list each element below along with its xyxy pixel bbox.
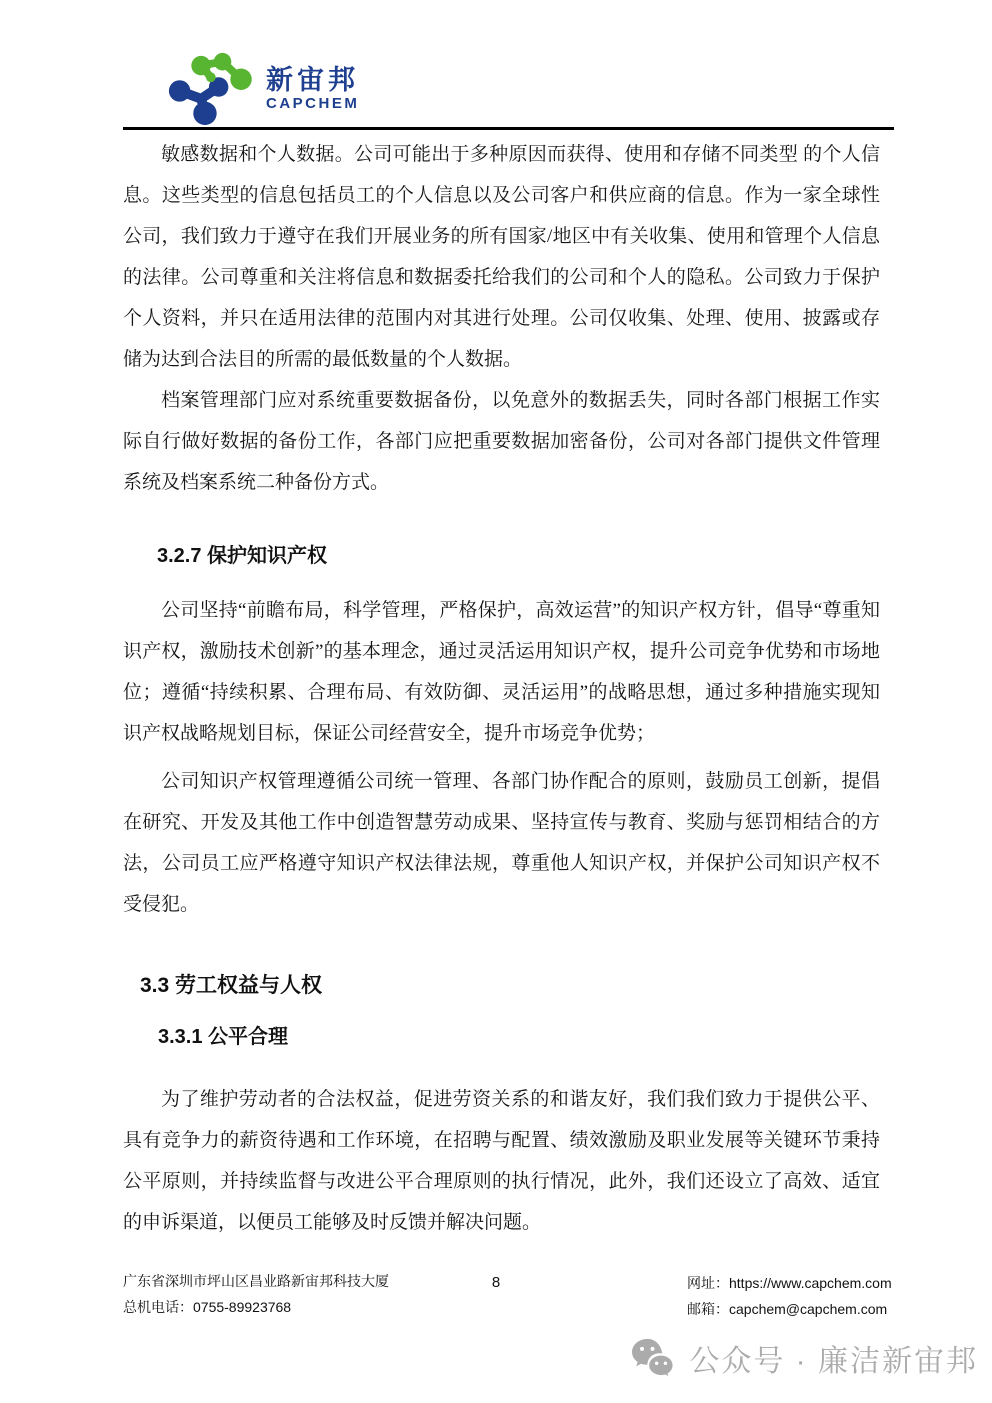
paragraph-ip-policy: 公司坚持“前瞻布局，科学管理，严格保护，高效运营”的知识产权方针，倡导“尊重知识… [123,590,880,754]
document-body: 敏感数据和个人数据。公司可能出于多种原因而获得、使用和存储不同类型 的个人信息。… [123,134,880,1243]
footer-contact-block: 网址：https://www.capchem.com 邮箱：capchem@ca… [687,1270,892,1322]
logo-text: 新宙邦 CAPCHEM [266,65,359,113]
heading-3-3-1: 3.3.1 公平合理 [158,1023,880,1051]
heading-3-2-7: 3.2.7 保护知识产权 [157,542,880,570]
paragraph-archive-backup: 档案管理部门应对系统重要数据备份，以免意外的数据丢失，同时各部门根据工作实际自行… [123,380,880,503]
wechat-account-badge: 公众号 · 廉洁新宙邦 [630,1336,978,1380]
header-divider [123,127,894,130]
paragraph-ip-management: 公司知识产权管理遵循公司统一管理、各部门协作配合的原则，鼓励员工创新，提倡在研究… [123,761,880,925]
paragraph-labor-rights: 为了维护劳动者的合法权益，促进劳资关系的和谐友好，我们我们致力于提供公平、具有竞… [123,1079,880,1243]
wechat-icon [630,1337,676,1379]
paragraph-sensitive-data: 敏感数据和个人数据。公司可能出于多种原因而获得、使用和存储不同类型 的个人信息。… [123,134,880,380]
capchem-molecule-icon [148,50,260,128]
footer-phone: 总机电话：0755-89923768 [123,1294,389,1320]
wechat-account-label: 公众号 · 廉洁新宙邦 [689,1336,978,1380]
logo-zh-name: 新宙邦 [266,65,359,95]
heading-3-3: 3.3 劳工权益与人权 [140,971,880,1001]
footer-email: 邮箱：capchem@capchem.com [687,1296,892,1322]
logo-en-name: CAPCHEM [266,95,359,113]
company-logo: 新宙邦 CAPCHEM [148,50,359,128]
footer-website: 网址：https://www.capchem.com [687,1270,892,1296]
document-page: 新宙邦 CAPCHEM 敏感数据和个人数据。公司可能出于多种原因而获得、使用和存… [0,0,992,1403]
